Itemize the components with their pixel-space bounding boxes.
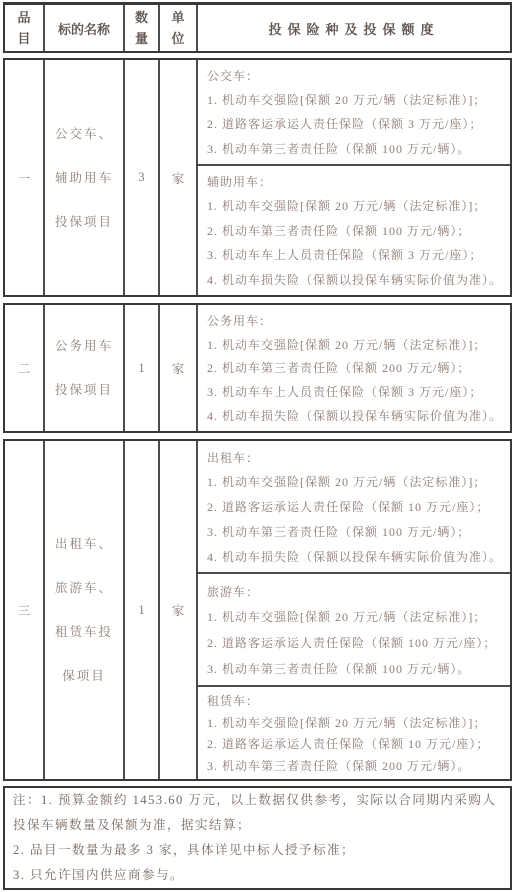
col-header-item-no: 品目 xyxy=(5,5,45,51)
subject-name-cell: 公务用车投保项目 xyxy=(45,305,125,431)
insurance-line: 2. 机动车第三者责任险（保额 200 万元/辆）； xyxy=(207,359,506,376)
insurance-group-taxi: 出租车： 1. 机动车交强险[保额 20 万元/辆（法定标准）]； 2. 道路客… xyxy=(198,441,510,574)
table-row-section-1: 一 公交车、辅助用车投保项目 3 家 公交车： 1. 机动车交强险[保额 20 … xyxy=(3,58,512,297)
insurance-line: 3. 机动车第三者责任险（保额 100 万元/辆）； xyxy=(207,523,506,540)
insurance-line: 1. 机动车交强险[保额 20 万元/辆（法定标准）]； xyxy=(207,608,506,625)
insurance-line: 3. 机动车第三者责任险（保额 200 万元/辆）。 xyxy=(207,757,506,774)
quantity-cell: 1 xyxy=(125,441,160,779)
insurance-line: 4. 机动车损失险（保额以投保车辆实际价值为准）。 xyxy=(207,407,506,424)
insurance-line: 公务用车： xyxy=(207,312,506,329)
insurance-line: 1. 机动车交强险[保额 20 万元/辆（法定标准）]； xyxy=(207,197,506,214)
insurance-group-official: 公务用车： 1. 机动车交强险[保额 20 万元/辆（法定标准）]； 2. 机动… xyxy=(198,305,510,431)
unit-cell: 家 xyxy=(160,60,198,295)
insurance-details-cell: 公务用车： 1. 机动车交强险[保额 20 万元/辆（法定标准）]； 2. 机动… xyxy=(198,305,510,431)
insurance-line: 2. 道路客运承运人责任保险（保额 100 万元/座）； xyxy=(207,634,506,651)
notes-box: 注：1. 预算金额约 1453.60 万元，以上数据仅供参考，实际以合同期内采购… xyxy=(3,786,512,890)
col-header-unit: 单位 xyxy=(160,5,198,51)
insurance-details-cell: 出租车： 1. 机动车交强险[保额 20 万元/辆（法定标准）]； 2. 道路客… xyxy=(198,441,510,779)
subject-name-cell: 公交车、辅助用车投保项目 xyxy=(45,60,125,295)
table-header-row: 品目 标的名称 数量 单位 投保险种及投保额度 xyxy=(3,2,512,53)
insurance-line: 3. 机动车车上人员责任保险（保额 3 万元/座）； xyxy=(207,246,506,263)
insurance-line: 3. 机动车第三者责任险（保额 100 万元/辆）。 xyxy=(207,660,506,677)
insurance-details-cell: 公交车： 1. 机动车交强险[保额 20 万元/辆（法定标准）]； 2. 道路客… xyxy=(198,60,510,295)
note-line-2: 2. 品目一数量为最多 3 家，具体详见中标人授予标准； xyxy=(13,838,502,863)
item-no-cell: 三 xyxy=(5,441,45,779)
insurance-line: 1. 机动车交强险[保额 20 万元/辆（法定标准）]； xyxy=(207,714,506,731)
insurance-line: 公交车： xyxy=(207,67,506,84)
insurance-line: 3. 机动车车上人员责任保险（保额 3 万元/座）； xyxy=(207,383,506,400)
insurance-line: 2. 道路客运承运人责任保险（保额 10 万元/座）； xyxy=(207,735,506,752)
item-no-cell: 二 xyxy=(5,305,45,431)
quantity-cell: 1 xyxy=(125,305,160,431)
col-header-insurance: 投保险种及投保额度 xyxy=(198,5,510,51)
subject-name-cell: 出租车、旅游车、租赁车投保项目 xyxy=(45,441,125,779)
unit-cell: 家 xyxy=(160,305,198,431)
note-line-1: 注：1. 预算金额约 1453.60 万元，以上数据仅供参考，实际以合同期内采购… xyxy=(13,788,502,838)
insurance-line: 2. 道路客运承运人责任保险（保额 10 万元/座）； xyxy=(207,498,506,515)
insurance-line: 旅游车： xyxy=(207,583,506,600)
insurance-line: 4. 机动车损失险（保额以投保车辆实际价值为准）。 xyxy=(207,271,506,288)
insurance-group-rental: 租赁车： 1. 机动车交强险[保额 20 万元/辆（法定标准）]； 2. 道路客… xyxy=(198,687,510,779)
insurance-line: 4. 机动车损失险（保额以投保车辆实际价值为准）。 xyxy=(207,548,506,565)
insurance-line: 1. 机动车交强险[保额 20 万元/辆（法定标准）]； xyxy=(207,91,506,108)
insurance-line: 1. 机动车交强险[保额 20 万元/辆（法定标准）]； xyxy=(207,473,506,490)
table-row-section-3: 三 出租车、旅游车、租赁车投保项目 1 家 出租车： 1. 机动车交强险[保额 … xyxy=(3,439,512,781)
insurance-line: 2. 机动车第三者责任险（保额 100 万元/辆）； xyxy=(207,222,506,239)
item-no-cell: 一 xyxy=(5,60,45,295)
insurance-line: 出租车： xyxy=(207,449,506,466)
insurance-line: 租赁车： xyxy=(207,692,506,709)
insurance-line: 2. 道路客运承运人责任保险（保额 3 万元/座）； xyxy=(207,115,506,132)
quantity-cell: 3 xyxy=(125,60,160,295)
insurance-line: 3. 机动车第三者责任险（保额 100 万元/辆）。 xyxy=(207,140,506,157)
col-header-quantity: 数量 xyxy=(125,5,160,51)
insurance-group-bus: 公交车： 1. 机动车交强险[保额 20 万元/辆（法定标准）]； 2. 道路客… xyxy=(198,60,510,166)
unit-cell: 家 xyxy=(160,441,198,779)
insurance-line: 1. 机动车交强险[保额 20 万元/辆（法定标准）]； xyxy=(207,336,506,353)
procurement-insurance-table: 品目 标的名称 数量 单位 投保险种及投保额度 一 公交车、辅助用车投保项目 3… xyxy=(3,2,512,890)
table-row-section-2: 二 公务用车投保项目 1 家 公务用车： 1. 机动车交强险[保额 20 万元/… xyxy=(3,303,512,433)
col-header-subject-name: 标的名称 xyxy=(45,5,125,51)
note-line-3: 3. 只允许国内供应商参与。 xyxy=(13,863,502,888)
insurance-group-tour: 旅游车： 1. 机动车交强险[保额 20 万元/辆（法定标准）]； 2. 道路客… xyxy=(198,574,510,687)
insurance-line: 辅助用车： xyxy=(207,173,506,190)
insurance-group-auxiliary: 辅助用车： 1. 机动车交强险[保额 20 万元/辆（法定标准）]； 2. 机动… xyxy=(198,166,510,295)
